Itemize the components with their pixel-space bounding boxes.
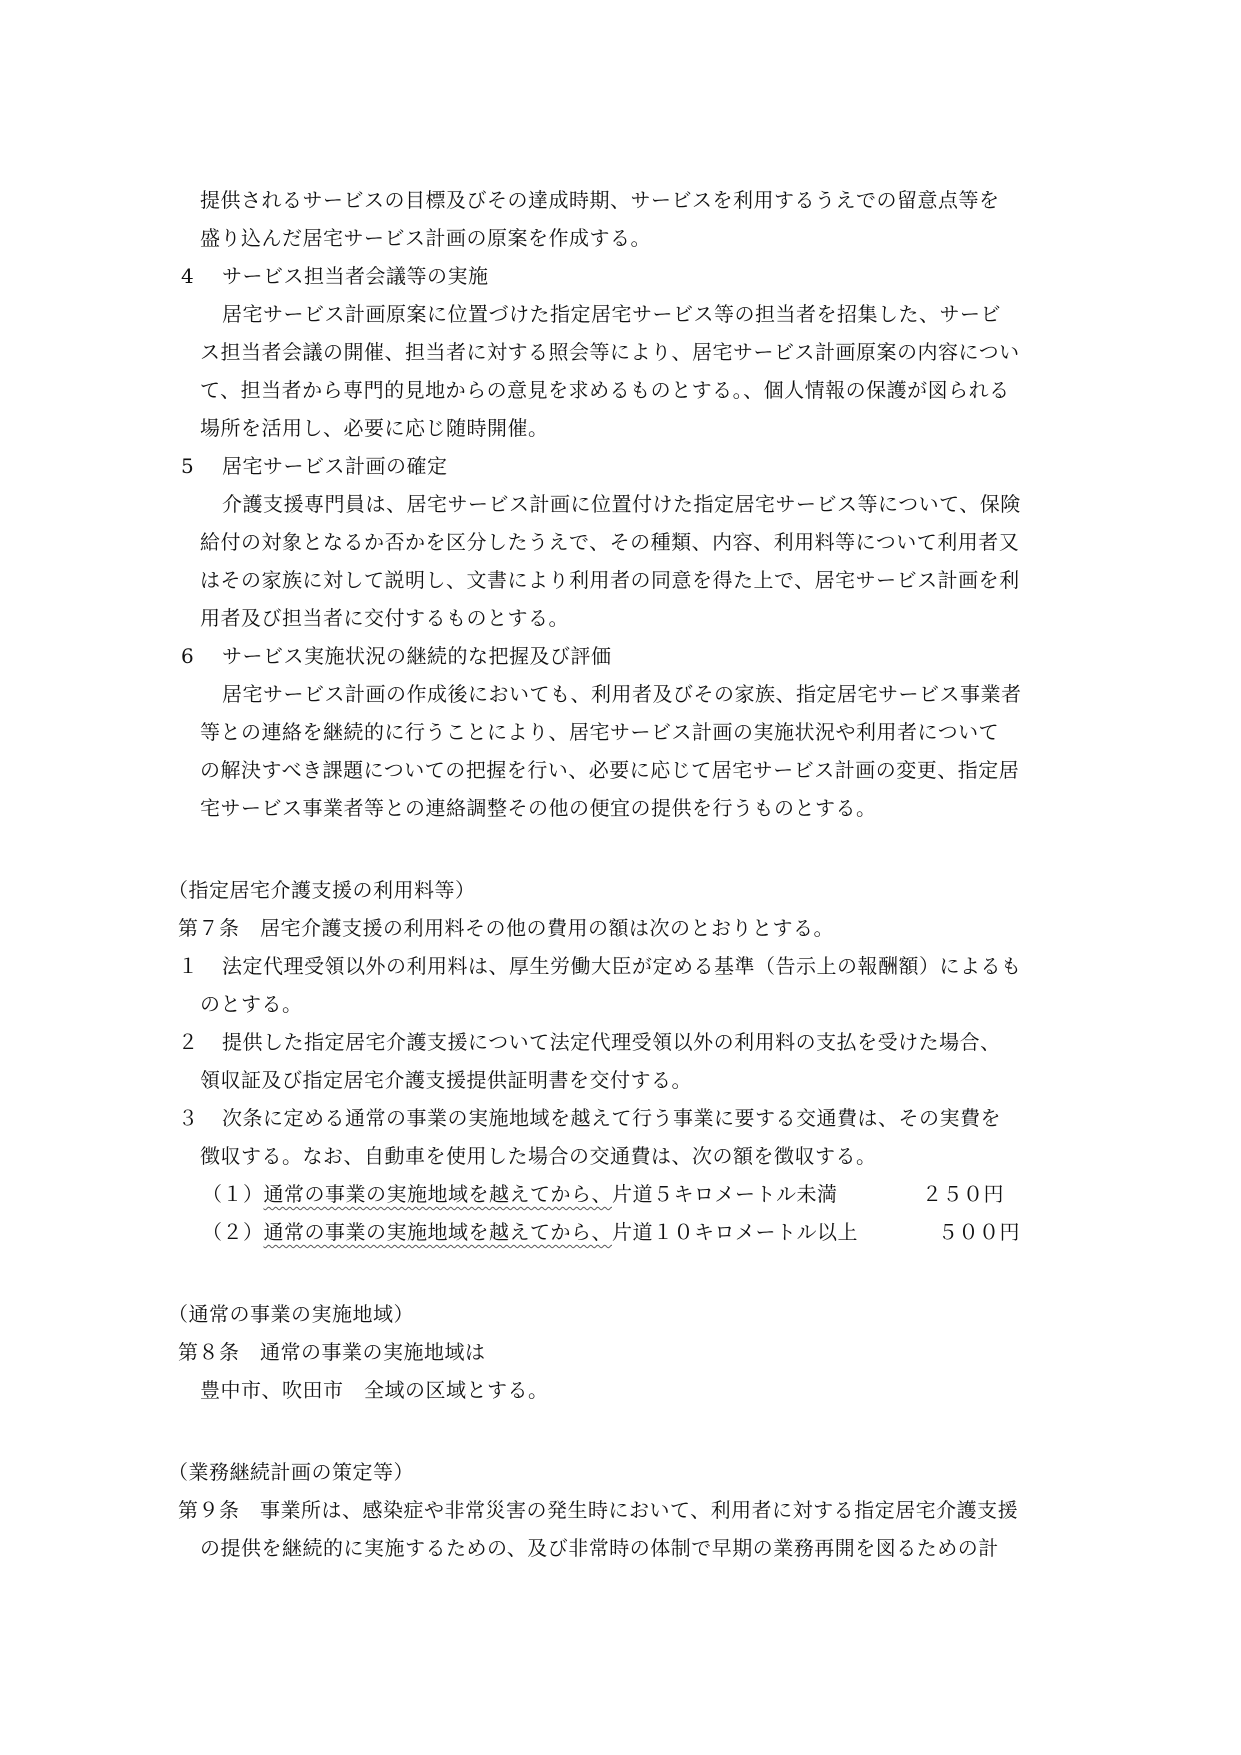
item-number: ２ [178, 1030, 199, 1054]
paragraph-line: 居宅サービス計画の作成後においても、利用者及びその家族、指定居宅サービス事業者 [222, 682, 1022, 706]
fee-distance: 片道１０キロメートル以上 [612, 1220, 858, 1244]
paragraph-line: 領収証及び指定居宅介護支援提供証明書を交付する。 [200, 1068, 692, 1092]
article-heading: 第８条 通常の事業の実施地域は [178, 1340, 486, 1364]
paragraph-line: 場所を活用し、必要に応じ随時開催。 [200, 416, 549, 440]
fee-underlined-text: 通常の事業の実施地域を越えてから、 [264, 1182, 613, 1206]
item-number: 5 [181, 454, 194, 478]
paragraph-line: 等との連絡を継続的に行うことにより、居宅サービス計画の実施状況や利用者について [200, 720, 999, 744]
fee-row: （１）通常の事業の実施地域を越えてから、片道５キロメートル未満 [202, 1182, 838, 1206]
fee-label: （２） [202, 1220, 264, 1244]
fee-row: （２）通常の事業の実施地域を越えてから、片道１０キロメートル以上 [202, 1220, 858, 1244]
paragraph-line: 提供した指定居宅介護支援について法定代理受領以外の利用料の支払を受けた場合、 [222, 1030, 1001, 1054]
article-caption: （通常の事業の実施地域） [168, 1302, 414, 1326]
paragraph-line: 豊中市、吹田市 全域の区域とする。 [200, 1378, 549, 1402]
article-caption: （業務継続計画の策定等） [168, 1460, 414, 1484]
paragraph-line: 用者及び担当者に交付するものとする。 [200, 606, 569, 630]
item-title: サービス担当者会議等の実施 [222, 264, 489, 288]
item-title: サービス実施状況の継続的な把握及び評価 [222, 644, 612, 668]
paragraph-line: 盛り込んだ居宅サービス計画の原案を作成する。 [200, 226, 651, 250]
item-number: 4 [181, 264, 194, 288]
paragraph-line: 宅サービス事業者等との連絡調整その他の便宜の提供を行うものとする。 [200, 796, 877, 820]
fee-underlined-text: 通常の事業の実施地域を越えてから、 [264, 1220, 613, 1244]
article-heading: 第９条 事業所は、感染症や非常災害の発生時において、利用者に対する指定居宅介護支… [178, 1498, 1018, 1522]
paragraph-line: の解決すべき課題についての把握を行い、必要に応じて居宅サービス計画の変更、指定居 [200, 758, 1019, 782]
paragraph-line: はその家族に対して説明し、文書により利用者の同意を得た上で、居宅サービス計画を利 [200, 568, 1020, 592]
item-title: 居宅サービス計画の確定 [222, 454, 448, 478]
paragraph-line: 居宅サービス計画原案に位置づけた指定居宅サービス等の担当者を招集した、サービ [222, 302, 1001, 326]
item-number: ３ [178, 1106, 199, 1130]
paragraph-line: のとする。 [200, 992, 303, 1016]
paragraph-line: 介護支援専門員は、居宅サービス計画に位置付けた指定居宅サービス等について、保険 [222, 492, 1021, 516]
document-page: 提供されるサービスの目標及びその達成時期、サービスを利用するうえでの留意点等を … [0, 0, 1241, 1755]
fee-distance: 片道５キロメートル未満 [612, 1182, 838, 1206]
article-caption: （指定居宅介護支援の利用料等） [168, 878, 476, 902]
paragraph-line: の提供を継続的に実施するための、及び非常時の体制で早期の業務再開を図るための計 [200, 1536, 999, 1560]
paragraph-line: ス担当者会議の開催、担当者に対する照会等により、居宅サービス計画原案の内容につい [200, 340, 1020, 364]
fee-label: （１） [202, 1182, 264, 1206]
item-number: １ [178, 954, 199, 978]
paragraph-line: 次条に定める通常の事業の実施地域を越えて行う事業に要する交通費は、その実費を [222, 1106, 1001, 1130]
paragraph-line: 徴収する。なお、自動車を使用した場合の交通費は、次の額を徴収する。 [200, 1144, 877, 1168]
paragraph-line: て、担当者から専門的見地からの意見を求めるものとする。、個人情報の保護が図られる [200, 378, 1010, 402]
fee-amount: ２５０円 [922, 1182, 1004, 1206]
paragraph-line: 給付の対象となるか否かを区分したうえで、その種類、内容、利用料等について利用者又 [200, 530, 1019, 554]
fee-amount: ５００円 [938, 1220, 1020, 1244]
article-heading: 第７条 居宅介護支援の利用料その他の費用の額は次のとおりとする。 [178, 916, 834, 940]
paragraph-line: 提供されるサービスの目標及びその達成時期、サービスを利用するうえでの留意点等を [200, 188, 1000, 212]
paragraph-line: 法定代理受領以外の利用料は、厚生労働大臣が定める基準（告示上の報酬額）によるも [222, 954, 1022, 978]
item-number: 6 [181, 644, 194, 668]
